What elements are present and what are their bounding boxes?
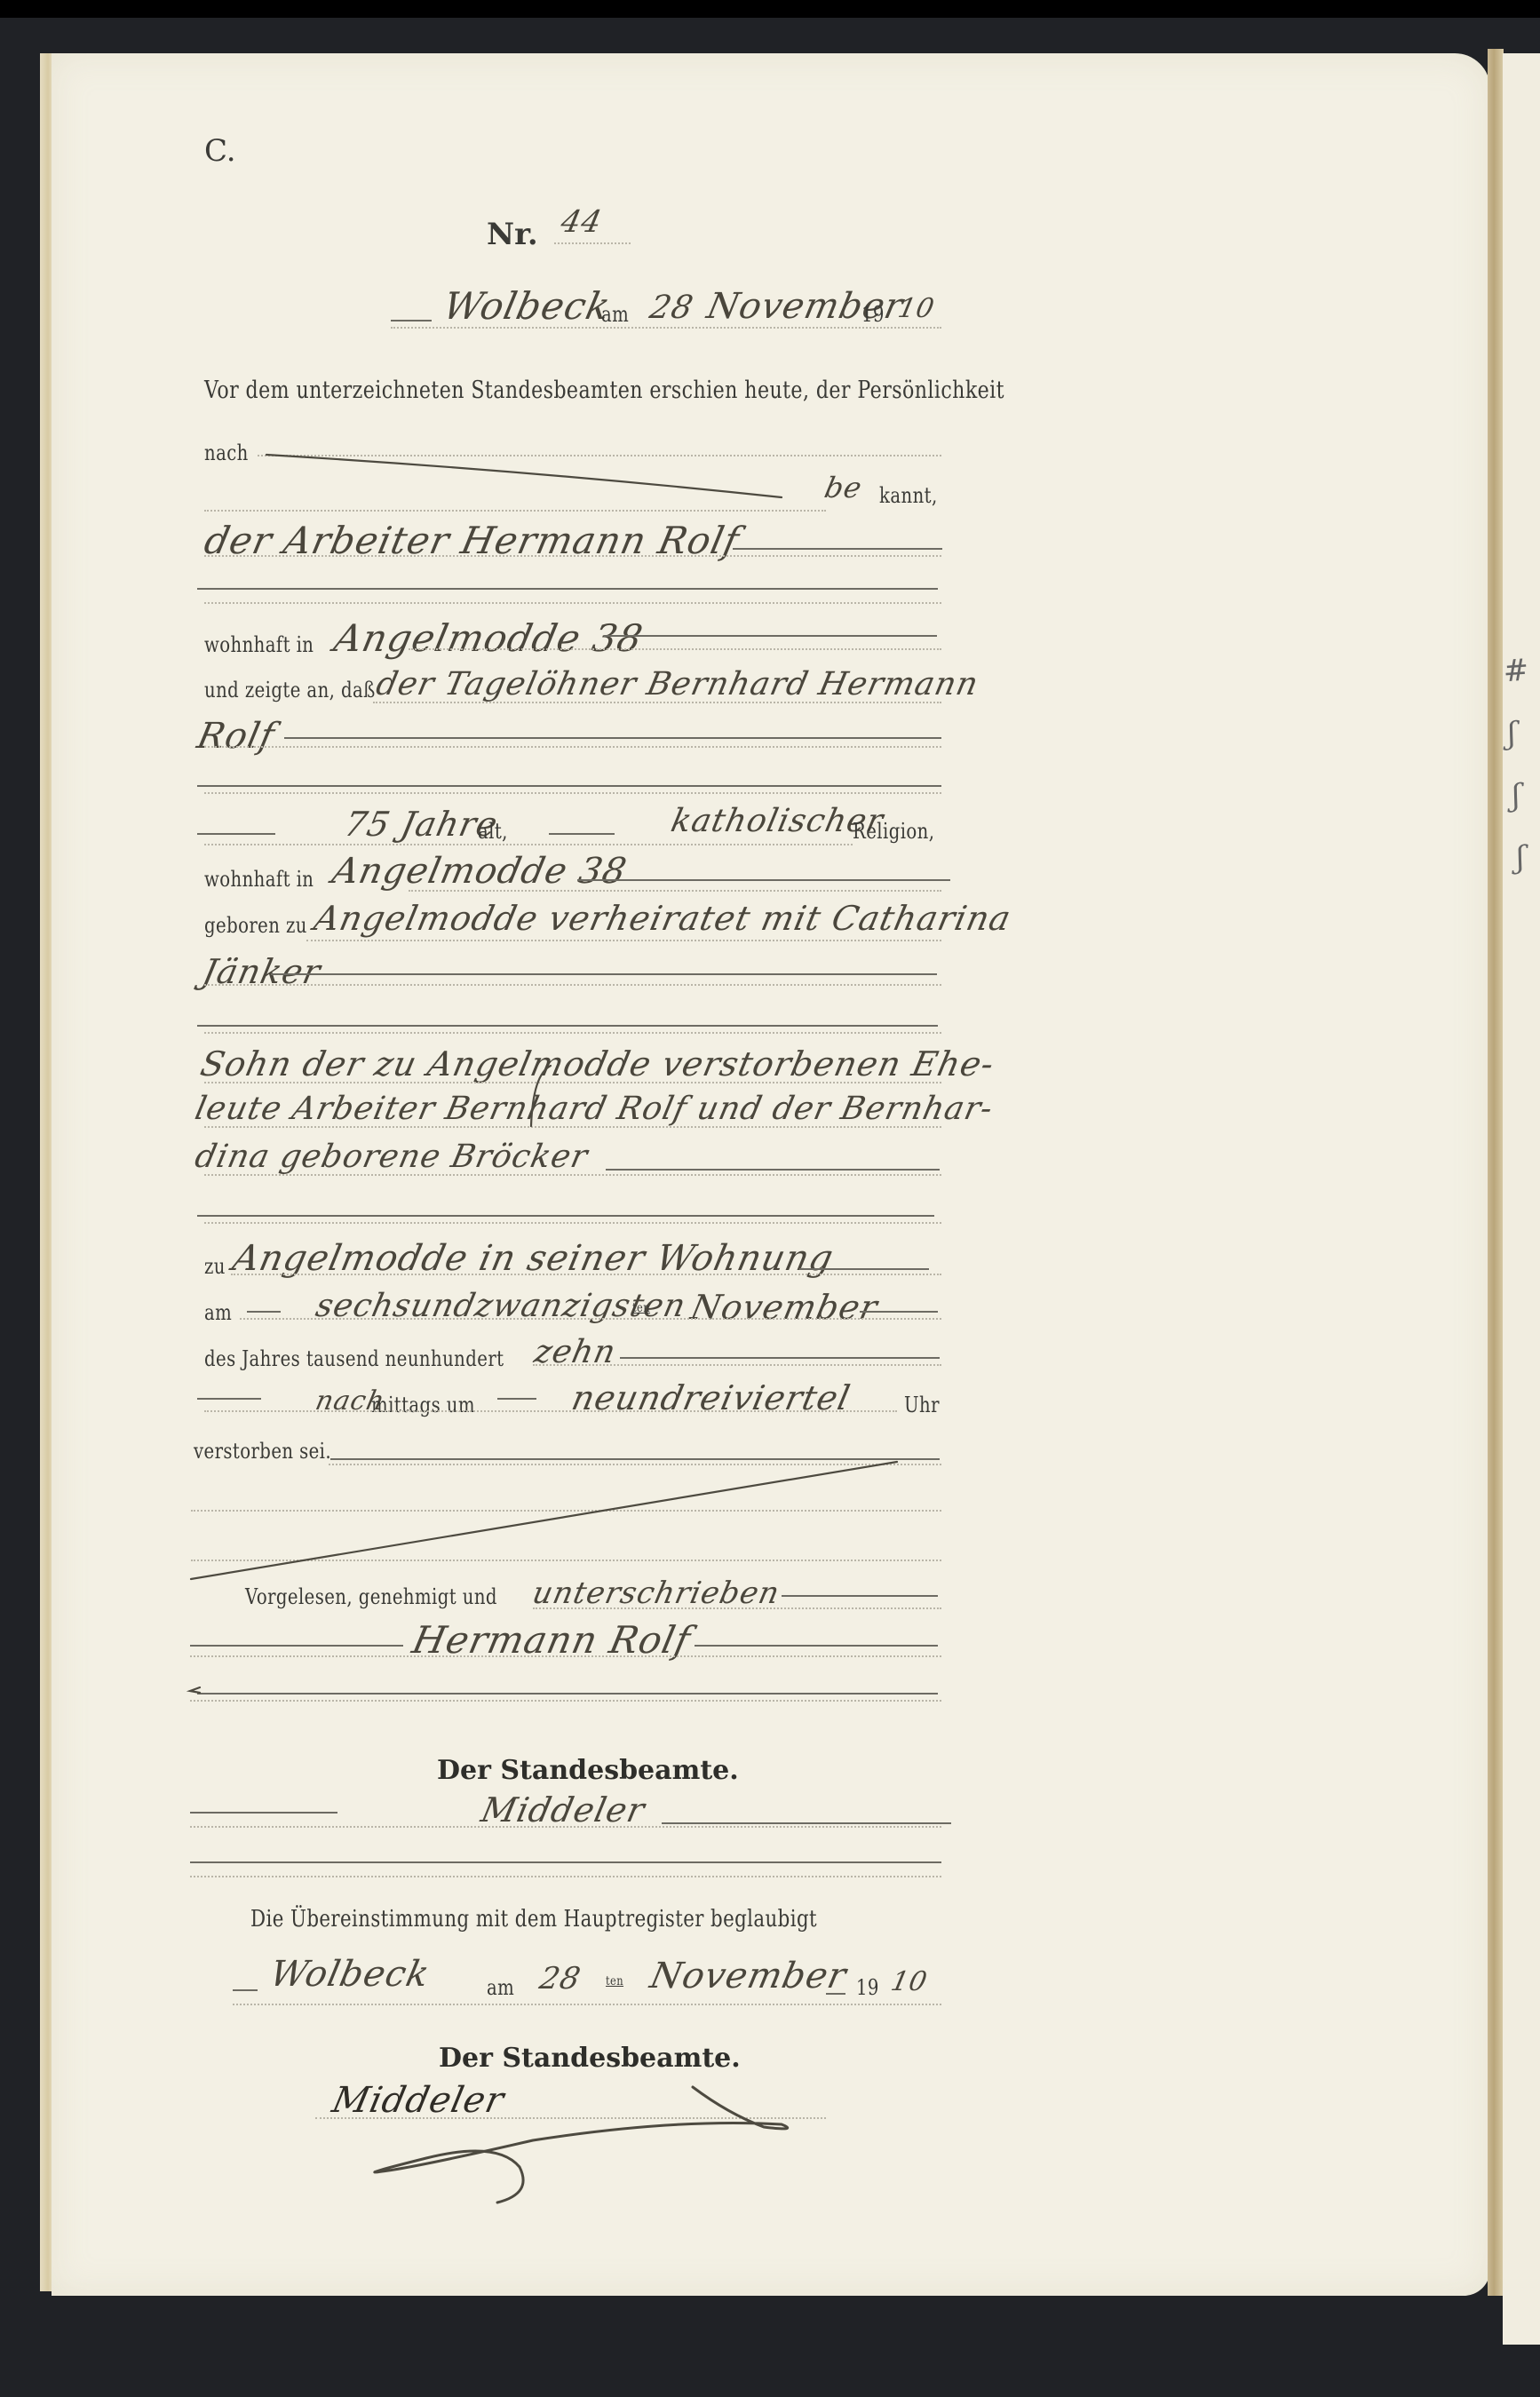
signature-flourish — [375, 2087, 788, 2203]
arrow-mark — [190, 1687, 200, 1693]
blank-strike-diagonal — [191, 1462, 897, 1579]
ascender — [531, 1066, 551, 1126]
nach-strike-line — [266, 455, 782, 497]
handwritten-strokes — [0, 0, 1540, 2397]
record-content: C. Nr. 44 Wolbeck am 28 November 19 10 V… — [0, 0, 1540, 2397]
